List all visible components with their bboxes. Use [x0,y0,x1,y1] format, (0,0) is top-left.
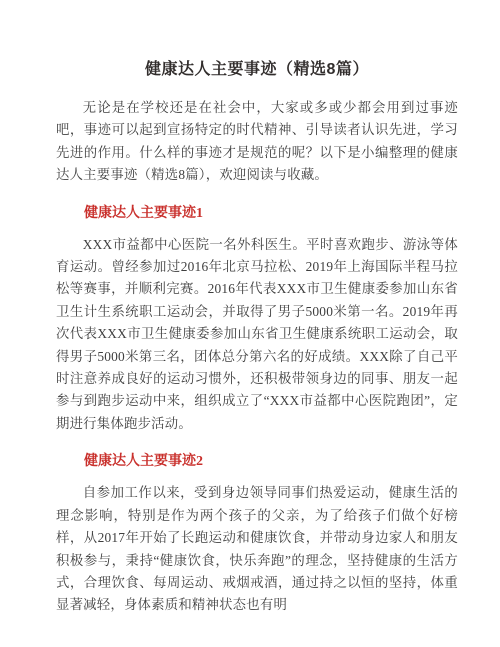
section-body-1: XXX市益都中心医院一名外科医生。平时喜欢跑步、游泳等体育运动。曾经参加过201… [56,234,458,436]
section-heading-1: 健康达人主要事迹1 [56,203,458,225]
section-body-2: 自参加工作以来，受到身边领导同事们热爱运动，健康生活的理念影响，特别是作为两个孩… [56,482,458,616]
document-page: 健康达人主要事迹（精选8篇） 无论是在学校还是在社会中，大家或多或少都会用到过事… [0,0,500,647]
intro-paragraph: 无论是在学校还是在社会中，大家或多或少都会用到过事迹吧，事迹可以起到宣扬特定的时… [56,97,458,187]
section-heading-2: 健康达人主要事迹2 [56,451,458,473]
page-title: 健康达人主要事迹（精选8篇） [56,56,458,84]
